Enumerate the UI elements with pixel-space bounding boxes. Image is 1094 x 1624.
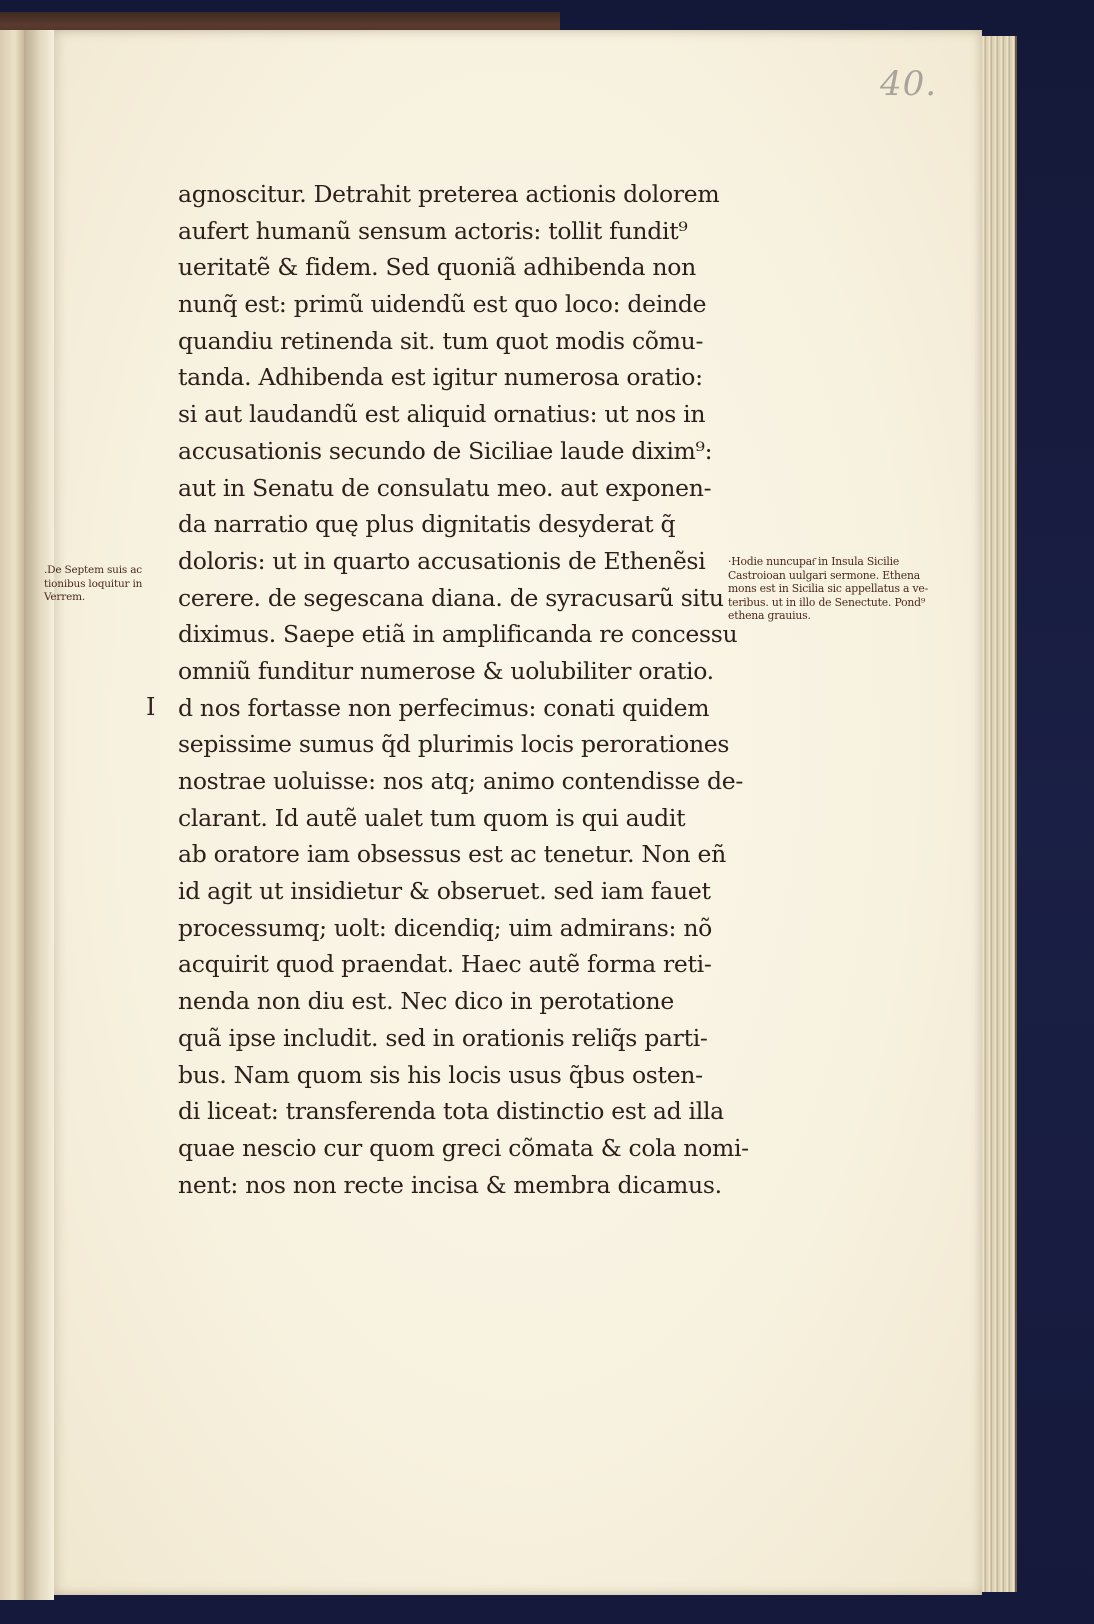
text-line: quae nescio cur quom greci cõmata & cola… bbox=[178, 1130, 718, 1167]
text-line: processumq; uolt: dicendiq; uim admirans… bbox=[178, 910, 718, 947]
gloss-line: teribus. ut in illo de Senectute. Pond⁹ bbox=[728, 596, 963, 610]
text-line: d nos fortasse non perfecimus: conati qu… bbox=[178, 690, 718, 727]
folio-number: 40. bbox=[880, 64, 937, 104]
text-line: clarant. Id autẽ ualet tum quom is qui a… bbox=[178, 800, 718, 837]
marginal-gloss-left: .De Septem suis ac tionibus loquitur in … bbox=[44, 564, 159, 605]
text-line: aut in Senatu de consulatu meo. aut expo… bbox=[178, 470, 718, 507]
gloss-line: ethena grauius. bbox=[728, 609, 963, 623]
text-line: id agit ut insidietur & obseruet. sed ia… bbox=[178, 873, 718, 910]
gloss-line: ·Hodie nuncupat͂ in Insula Sicilie bbox=[728, 555, 963, 569]
text-line: nenda non diu est. Nec dico in perotatio… bbox=[178, 983, 718, 1020]
marginal-gloss-right: ·Hodie nuncupat͂ in Insula Sicilie Castr… bbox=[728, 555, 963, 623]
gloss-line: mons est in Sicilia sic appellatus a ve- bbox=[728, 582, 963, 596]
text-line: nent: nos non recte incisa & membra dica… bbox=[178, 1167, 718, 1204]
manuscript-spread: 40. .De Septem suis ac tionibus loquitur… bbox=[0, 0, 1094, 1624]
text-line: sepissime sumus q̃d plurimis locis peror… bbox=[178, 726, 718, 763]
text-line: aufert humanũ sensum actoris: tollit fun… bbox=[178, 213, 718, 250]
text-line: di liceat: transferenda tota distinctio … bbox=[178, 1093, 718, 1130]
text-line: diximus. Saepe etiã in amplificanda re c… bbox=[178, 616, 718, 653]
text-line: da narratio quę plus dignitatis desydera… bbox=[178, 506, 718, 543]
text-line: quandiu retinenda sit. tum quot modis cõ… bbox=[178, 323, 718, 360]
gutter-shadow bbox=[24, 30, 54, 1600]
text-line: accusationis secundo de Siciliae laude d… bbox=[178, 433, 718, 470]
gloss-line: Castroioan uulgari sermone. Ethena bbox=[728, 569, 963, 583]
main-text-block: agnoscitur. Detrahit preterea actionis d… bbox=[178, 176, 718, 1203]
text-line: doloris: ut in quarto accusationis de Et… bbox=[178, 543, 718, 580]
text-line: omniũ funditur numerose & uolubiliter or… bbox=[178, 653, 718, 690]
gloss-line: Verrem. bbox=[44, 591, 159, 605]
text-line: tanda. Adhibenda est igitur numerosa ora… bbox=[178, 359, 718, 396]
gloss-line: tionibus loquitur in bbox=[44, 578, 159, 592]
text-line: cerere. de segescana diana. de syracusar… bbox=[178, 580, 718, 617]
text-line: quã ipse includit. sed in orationis reli… bbox=[178, 1020, 718, 1057]
text-line: nostrae uoluisse: nos atq; animo contend… bbox=[178, 763, 718, 800]
text-line: nunq̃ est: primũ uidendũ est quo loco: d… bbox=[178, 286, 718, 323]
text-line: ab oratore iam obsessus est ac tenetur. … bbox=[178, 836, 718, 873]
left-page-edge bbox=[0, 30, 26, 1600]
text-line: si aut laudandũ est aliquid ornatius: ut… bbox=[178, 396, 718, 433]
text-line: agnoscitur. Detrahit preterea actionis d… bbox=[178, 176, 718, 213]
guide-letter: I bbox=[146, 693, 155, 721]
text-line: bus. Nam quom sis his locis usus q̃bus o… bbox=[178, 1057, 718, 1094]
text-line: ueritatẽ & fidem. Sed quoniã adhibenda n… bbox=[178, 249, 718, 286]
text-line: acquirit quod praendat. Haec autẽ forma … bbox=[178, 946, 718, 983]
gloss-line: .De Septem suis ac bbox=[44, 564, 159, 578]
